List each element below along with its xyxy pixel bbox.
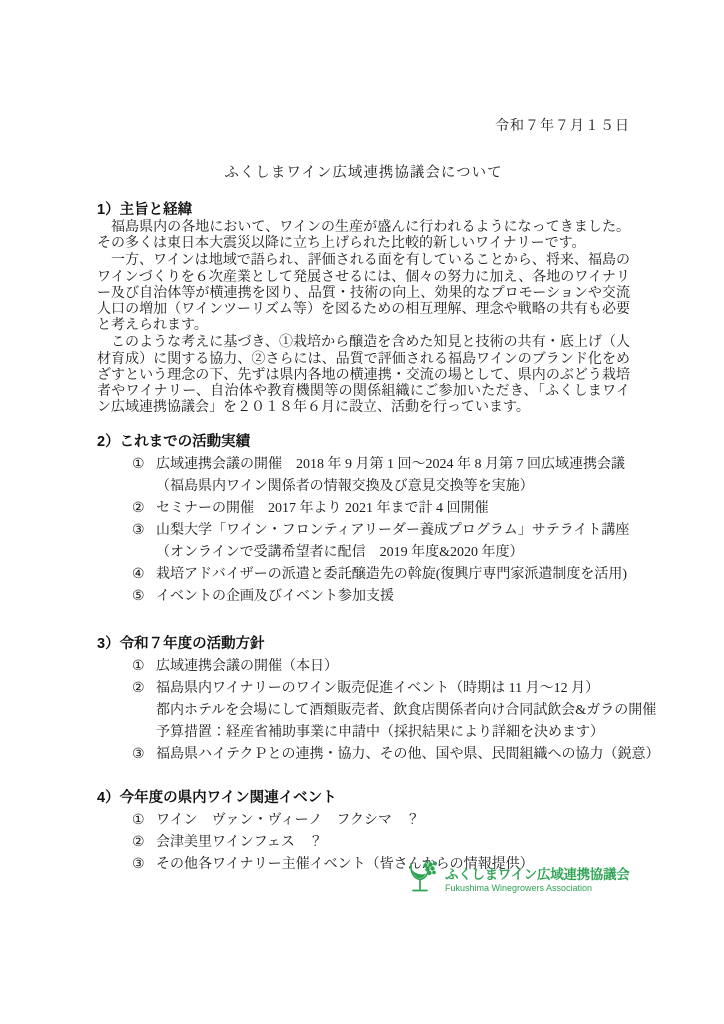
item-text: 広域連携会議の開催（本日）: [156, 656, 338, 678]
item-marker: ④: [132, 564, 156, 586]
org-logo-text: ふくしまワイン広域連携協議会 Fukushima Winegrowers Ass…: [445, 867, 629, 894]
item-text: 会津美里ワインフェス ？: [156, 832, 323, 854]
org-name-english: Fukushima Winegrowers Association: [445, 883, 629, 894]
item-text: 山梨大学「ワイン・フロンティアリーダー養成プログラム」サテライト講座: [156, 520, 629, 542]
item-marker: ③: [132, 854, 156, 876]
list-item: ① 広域連携会議の開催（本日）: [132, 656, 630, 678]
item-text: イベントの企画及びイベント参加支援: [156, 586, 394, 608]
item-marker: ②: [132, 498, 156, 520]
list-item: ② 会津美里ワインフェス ？: [132, 832, 630, 854]
paragraph: 一方、ワインは地域で語られ、評価される面を有していることから、将来、福島のワイン…: [97, 253, 630, 334]
section-purpose-history: 1）主旨と経緯 福島県内の各地において、ワインの生産が盛んに行われるようになって…: [97, 202, 630, 416]
document-date: 令和７年７月１５日: [97, 118, 630, 136]
item-continuation: （福島県内ワイン関係者の情報交換及び意見交換等を実施）: [132, 476, 630, 498]
item-continuation: （オンラインで受講希望者に配信 2019 年度&2020 年度）: [132, 542, 630, 564]
item-text: 広域連携会議の開催 2018 年 9 月第 1 回～2024 年 8 月第 7 …: [156, 454, 625, 476]
list-item: ③ 福島県ハイテクＰとの連携・協力、その他、国や県、民間組織への協力（鋭意）: [132, 744, 630, 766]
section-heading: 1）主旨と経緯: [97, 202, 630, 219]
item-continuation: 予算措置：経産省補助事業に申請中（採択結果により詳細を決めます）: [132, 722, 630, 744]
list-item: ③ 山梨大学「ワイン・フロンティアリーダー養成プログラム」サテライト講座: [132, 520, 630, 542]
item-marker: ①: [132, 454, 156, 476]
paragraph: このような考えに基づき、①栽培から醸造を含めた知見と技術の共有・底上げ（人材育成…: [97, 335, 630, 416]
item-marker: ②: [132, 832, 156, 854]
org-logo: ふくしまワイン広域連携協議会 Fukushima Winegrowers Ass…: [408, 860, 629, 901]
item-marker: ②: [132, 678, 156, 700]
section-heading: 3）令和７年度の活動方針: [97, 636, 630, 653]
list-item: ④ 栽培アドバイザーの派遣と委託醸造先の斡旋(復興庁専門家派遣制度を活用): [132, 564, 630, 586]
wine-glass-grapes-icon: [408, 860, 439, 901]
org-name-japanese: ふくしまワイン広域連携協議会: [445, 867, 629, 882]
item-text: ワイン ヴァン・ヴィーノ フクシマ ？: [156, 810, 420, 832]
item-text: 福島県ハイテクＰとの連携・協力、その他、国や県、民間組織への協力（鋭意）: [156, 744, 659, 766]
section-heading: 2）これまでの活動実績: [97, 434, 630, 451]
item-continuation: 都内ホテルを会場にして酒類販売者、飲食店関係者向け合同試飲会&ガラの開催: [132, 700, 630, 722]
paragraph: 福島県内の各地において、ワインの生産が盛んに行われるようになってきました。その多…: [97, 220, 630, 252]
list-item: ① ワイン ヴァン・ヴィーノ フクシマ ？: [132, 810, 630, 832]
item-marker: ①: [132, 810, 156, 832]
item-marker: ③: [132, 744, 156, 766]
section-policy-reiwa7: 3）令和７年度の活動方針 ① 広域連携会議の開催（本日） ② 福島県内ワイナリー…: [97, 636, 630, 766]
list-item: ① 広域連携会議の開催 2018 年 9 月第 1 回～2024 年 8 月第 …: [132, 454, 630, 476]
list-item: ② セミナーの開催 2017 年より 2021 年まで計 4 回開催: [132, 498, 630, 520]
document-page: 令和７年７月１５日 ふくしまワイン広域連携協議会について 1）主旨と経緯 福島県…: [0, 0, 724, 1024]
section-past-activities: 2）これまでの活動実績 ① 広域連携会議の開催 2018 年 9 月第 1 回～…: [97, 434, 630, 608]
item-text: 福島県内ワイナリーのワイン販売促進イベント（時期は 11 月～12 月）: [156, 678, 599, 700]
item-marker: ③: [132, 520, 156, 542]
list-item: ② 福島県内ワイナリーのワイン販売促進イベント（時期は 11 月～12 月）: [132, 678, 630, 700]
item-marker: ⑤: [132, 586, 156, 608]
item-marker: ①: [132, 656, 156, 678]
item-text: セミナーの開催 2017 年より 2021 年まで計 4 回開催: [156, 498, 489, 520]
numbered-list: ① 広域連携会議の開催 2018 年 9 月第 1 回～2024 年 8 月第 …: [97, 454, 630, 608]
section-heading: 4）今年度の県内ワイン関連イベント: [97, 790, 630, 807]
numbered-list: ① 広域連携会議の開催（本日） ② 福島県内ワイナリーのワイン販売促進イベント（…: [97, 656, 630, 766]
document-content: 令和７年７月１５日 ふくしまワイン広域連携協議会について 1）主旨と経緯 福島県…: [97, 0, 630, 876]
list-item: ⑤ イベントの企画及びイベント参加支援: [132, 586, 630, 608]
document-title: ふくしまワイン広域連携協議会について: [97, 164, 630, 182]
item-text: 栽培アドバイザーの派遣と委託醸造先の斡旋(復興庁専門家派遣制度を活用): [156, 564, 627, 586]
